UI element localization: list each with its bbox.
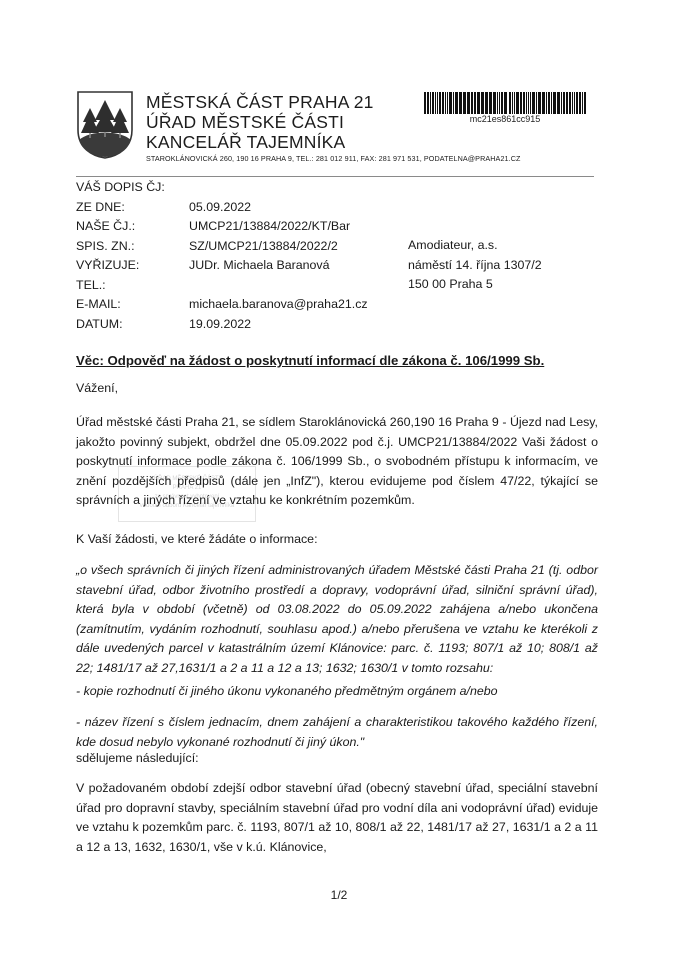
recipient-city: 150 00 Praha 5 [408,275,542,295]
greeting: Vážení, [76,379,598,399]
meta-label: ZE DNE: [76,198,125,218]
meta-label: NAŠE ČJ.: [76,217,135,237]
recipient-name: Amodiateur, a.s. [408,236,542,256]
intro-paragraph: Úřad městské části Praha 21, se sídlem S… [76,413,598,511]
meta-label: DATUM: [76,315,123,335]
meta-label: SPIS. ZN.: [76,237,135,257]
request-bullet-1: - kopie rozhodnutí či jiného úkonu vykon… [76,682,598,702]
meta-value: UMCP21/13884/2022/KT/Bar [189,217,350,237]
recipient-address: Amodiateur, a.s. náměstí 14. října 1307/… [408,236,542,295]
meta-value[interactable]: michaela.baranova@praha21.cz [189,295,368,315]
request-intro: K Vaší žádosti, ve které žádáte o inform… [76,530,598,550]
meta-value: SZ/UMCP21/13884/2022/2 [189,237,338,257]
org-address: STAROKLÁNOVICKÁ 260, 190 16 PRAHA 9, TEL… [146,154,521,164]
meta-value: 05.09.2022 [189,198,251,218]
recipient-street: náměstí 14. října 1307/2 [408,256,542,276]
header-divider [76,176,594,177]
response-intro: sdělujeme následující: [76,749,598,769]
meta-value: 19.09.2022 [189,315,251,335]
meta-label: TEL.: [76,276,106,296]
meta-label: VÁŠ DOPIS ČJ: [76,178,165,198]
meta-label: E-MAIL: [76,295,121,315]
org-name-line-3: KANCELÁŘ TAJEMNÍKA [146,132,521,152]
barcode [424,92,586,114]
response-paragraph: V požadovaném období zdejší odbor staveb… [76,779,598,857]
request-quote: „o všech správních či jiných řízení admi… [76,561,598,679]
meta-label: VYŘIZUJE: [76,256,139,276]
request-bullet-2: - název řízení s číslem jednacím, dnem z… [76,713,598,752]
coat-of-arms-trees-icon [76,90,134,160]
letter-subject: Věc: Odpověď na žádost o poskytnutí info… [76,353,544,368]
page-number: 1/2 [0,888,678,902]
meta-value: JUDr. Michaela Baranová [189,256,330,276]
barcode-text: mc21es861cc915 [424,114,586,124]
